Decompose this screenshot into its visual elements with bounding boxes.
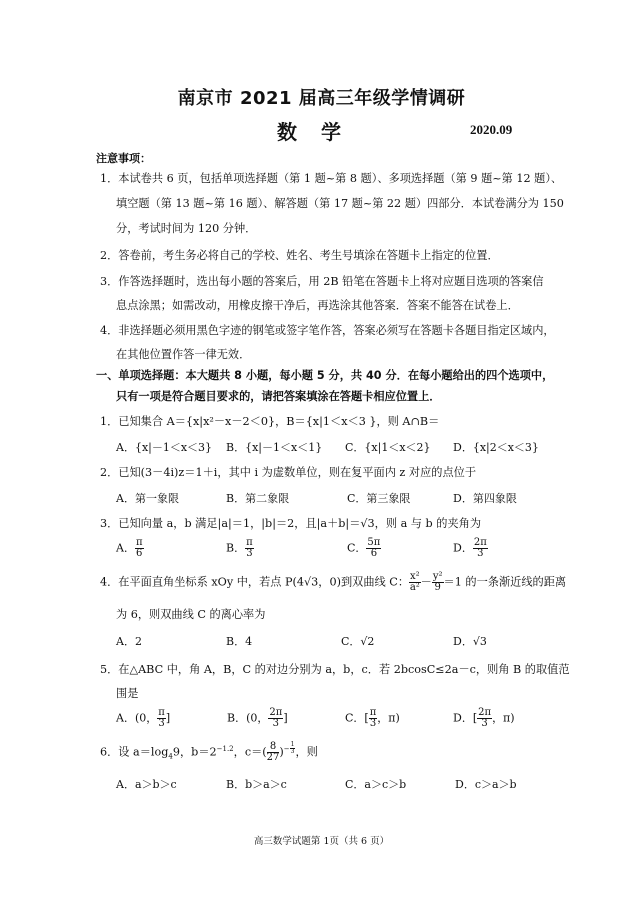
question-3-option-c: C．5π6 [347,538,381,559]
option-tail: ] [166,712,170,725]
fraction: 2π3 [268,708,283,729]
section-heading: 一、单项选择题：本大题共 8 小题，每小题 5 分，共 40 分．在每小题给出的… [96,367,553,383]
denominator: 3 [157,719,166,729]
option-label: A． [116,542,135,555]
fraction: π3 [245,538,254,559]
option-tail: ，π) [492,712,515,725]
stem-text: 4．在平面直角坐标系 xOy 中，若点 P(4√3，0)到双曲线 C： [100,576,409,589]
question-6-option-d: D．c＞a＞b [455,776,517,792]
denominator: 3 [268,719,283,729]
denominator: 3 [245,549,254,559]
fraction: π3 [157,708,166,729]
notice-item-4: 4．非选择题必须用黑色字迹的钢笔或签字笔作答，答案必须写在答题卡各题目指定区域内… [100,322,555,338]
denominator: 6 [135,549,144,559]
notice-heading: 注意事项： [96,150,151,166]
question-1-option-d: D．{x|2＜x＜3} [453,439,539,455]
denominator: 27 [267,753,280,763]
stem-text: ，c＝( [234,746,267,759]
option-tail: ，π) [377,712,400,725]
notice-item-1: 1．本试卷共 6 页，包括单项选择题（第 1 题~第 8 题）、多项选择题（第 … [100,170,562,186]
denominator: a² [409,583,421,593]
question-5-stem: 5．在△ABC 中，角 A，B，C 的对边分别为 a，b，c．若 2bcosC≤… [100,661,570,677]
option-label: C． [347,542,366,555]
question-6-stem: 6．设 a＝log49，b＝2−1.2，c＝(827)−13，则 [100,742,318,763]
fraction: y²9 [432,572,444,593]
question-4-option-d: D．√3 [453,633,487,649]
denominator: 6 [366,549,381,559]
question-4-stem: 4．在平面直角坐标系 xOy 中，若点 P(4√3，0)到双曲线 C：x²a²－… [100,572,566,593]
stem-text: 9，b＝2 [173,746,217,759]
fraction: π3 [369,708,378,729]
question-3-option-a: A．π6 [116,538,144,559]
stem-text: 6．设 a＝log [100,746,168,759]
subject-title: 数学 [277,116,365,145]
question-1-option-c: C．{x|1＜x＜2} [345,439,431,455]
option-label: A．(0， [116,712,157,725]
notice-item-1-line-2: 填空题（第 13 题~第 16 题）、解答题（第 17 题~第 22 题）四部分… [116,195,564,211]
question-2-stem: 2．已知(3－4i)z＝1＋i，其中 i 为虚数单位，则在复平面内 z 对应的点… [100,464,476,480]
page-footer: 高三数学试题第 1页（共 6 页） [0,833,643,847]
question-6-option-b: B．b＞a＞c [226,776,287,792]
denominator: 9 [432,583,444,593]
option-label: D．[ [453,712,477,725]
section-heading-line-2: 只有一项是符合题目要求的，请把答案填涂在答题卡相应位置上． [116,388,440,404]
question-2-option-a: A．第一象限 [116,490,179,506]
question-4-stem-line-2: 为 6，则双曲线 C 的离心率为 [116,606,265,622]
denominator: 3 [477,719,492,729]
question-2-option-d: D．第四象限 [453,490,517,506]
question-5-stem-line-2: 围是 [116,685,138,701]
exam-title: 南京市 2021 届高三年级学情调研 [0,84,643,110]
question-3-option-d: D．2π3 [453,538,488,559]
fraction: x²a² [409,572,421,593]
notice-item-4-line-2: 在其他位置作答一律无效． [116,346,250,362]
question-4-option-a: A．2 [116,633,142,649]
exam-page: 南京市 2021 届高三年级学情调研 数学 2020.09 注意事项： 1．本试… [0,0,643,898]
fraction: 827 [267,742,280,763]
exponent: −1.2 [217,745,234,753]
option-tail: ] [283,712,287,725]
fraction: 5π6 [366,538,381,559]
question-3-option-b: B．π3 [226,538,254,559]
exam-date: 2020.09 [470,122,512,138]
stem-text: ＝1 的一条渐近线的距离 [444,576,567,589]
option-label: B．(0， [227,712,268,725]
question-5-option-a: A．(0，π3] [116,708,170,729]
question-6-option-a: A．a＞b＞c [116,776,177,792]
question-6-option-c: C．a＞c＞b [345,776,406,792]
question-4-option-b: B．4 [226,633,252,649]
fraction: 2π3 [477,708,492,729]
denominator: 3 [473,549,488,559]
option-label: D． [453,542,473,555]
question-1-option-a: A．{x|－1＜x＜3} [116,439,212,455]
question-5-option-c: C．[π3，π) [345,708,400,729]
question-5-option-b: B．(0，2π3] [227,708,288,729]
fraction: π6 [135,538,144,559]
notice-item-2: 2．答卷前，考生务必将自己的学校、姓名、考生号填涂在答题卡上指定的位置． [100,247,499,263]
question-2-option-c: C．第三象限 [347,490,410,506]
option-label: C．[ [345,712,369,725]
question-2-option-b: B．第二象限 [226,490,289,506]
notice-item-1-line-3: 分，考试时间为 120 分钟． [116,220,256,236]
question-1-stem: 1．已知集合 A＝{x|x²－x－2＜0}，B＝{x|1＜x＜3 }，则 A∩B… [100,413,439,429]
stem-text: － [421,576,432,589]
fraction: 2π3 [473,538,488,559]
question-4-option-c: C．√2 [341,633,374,649]
option-label: B． [226,542,245,555]
stem-text: ，则 [295,746,317,759]
notice-item-3-line-2: 息点涂黑；如需改动，用橡皮擦干净后，再选涂其他答案．答案不能答在试卷上． [116,297,519,313]
question-1-option-b: B．{x|－1＜x＜1} [226,439,322,455]
notice-item-3: 3．作答选择题时，选出每小题的答案后，用 2B 铅笔在答题卡上将对应题目选项的答… [100,273,544,289]
question-5-option-d: D．[2π3，π) [453,708,515,729]
denominator: 3 [369,719,378,729]
question-3-stem: 3．已知向量 a，b 满足|a|＝1，|b|＝2，且|a＋b|＝√3，则 a 与… [100,515,481,531]
